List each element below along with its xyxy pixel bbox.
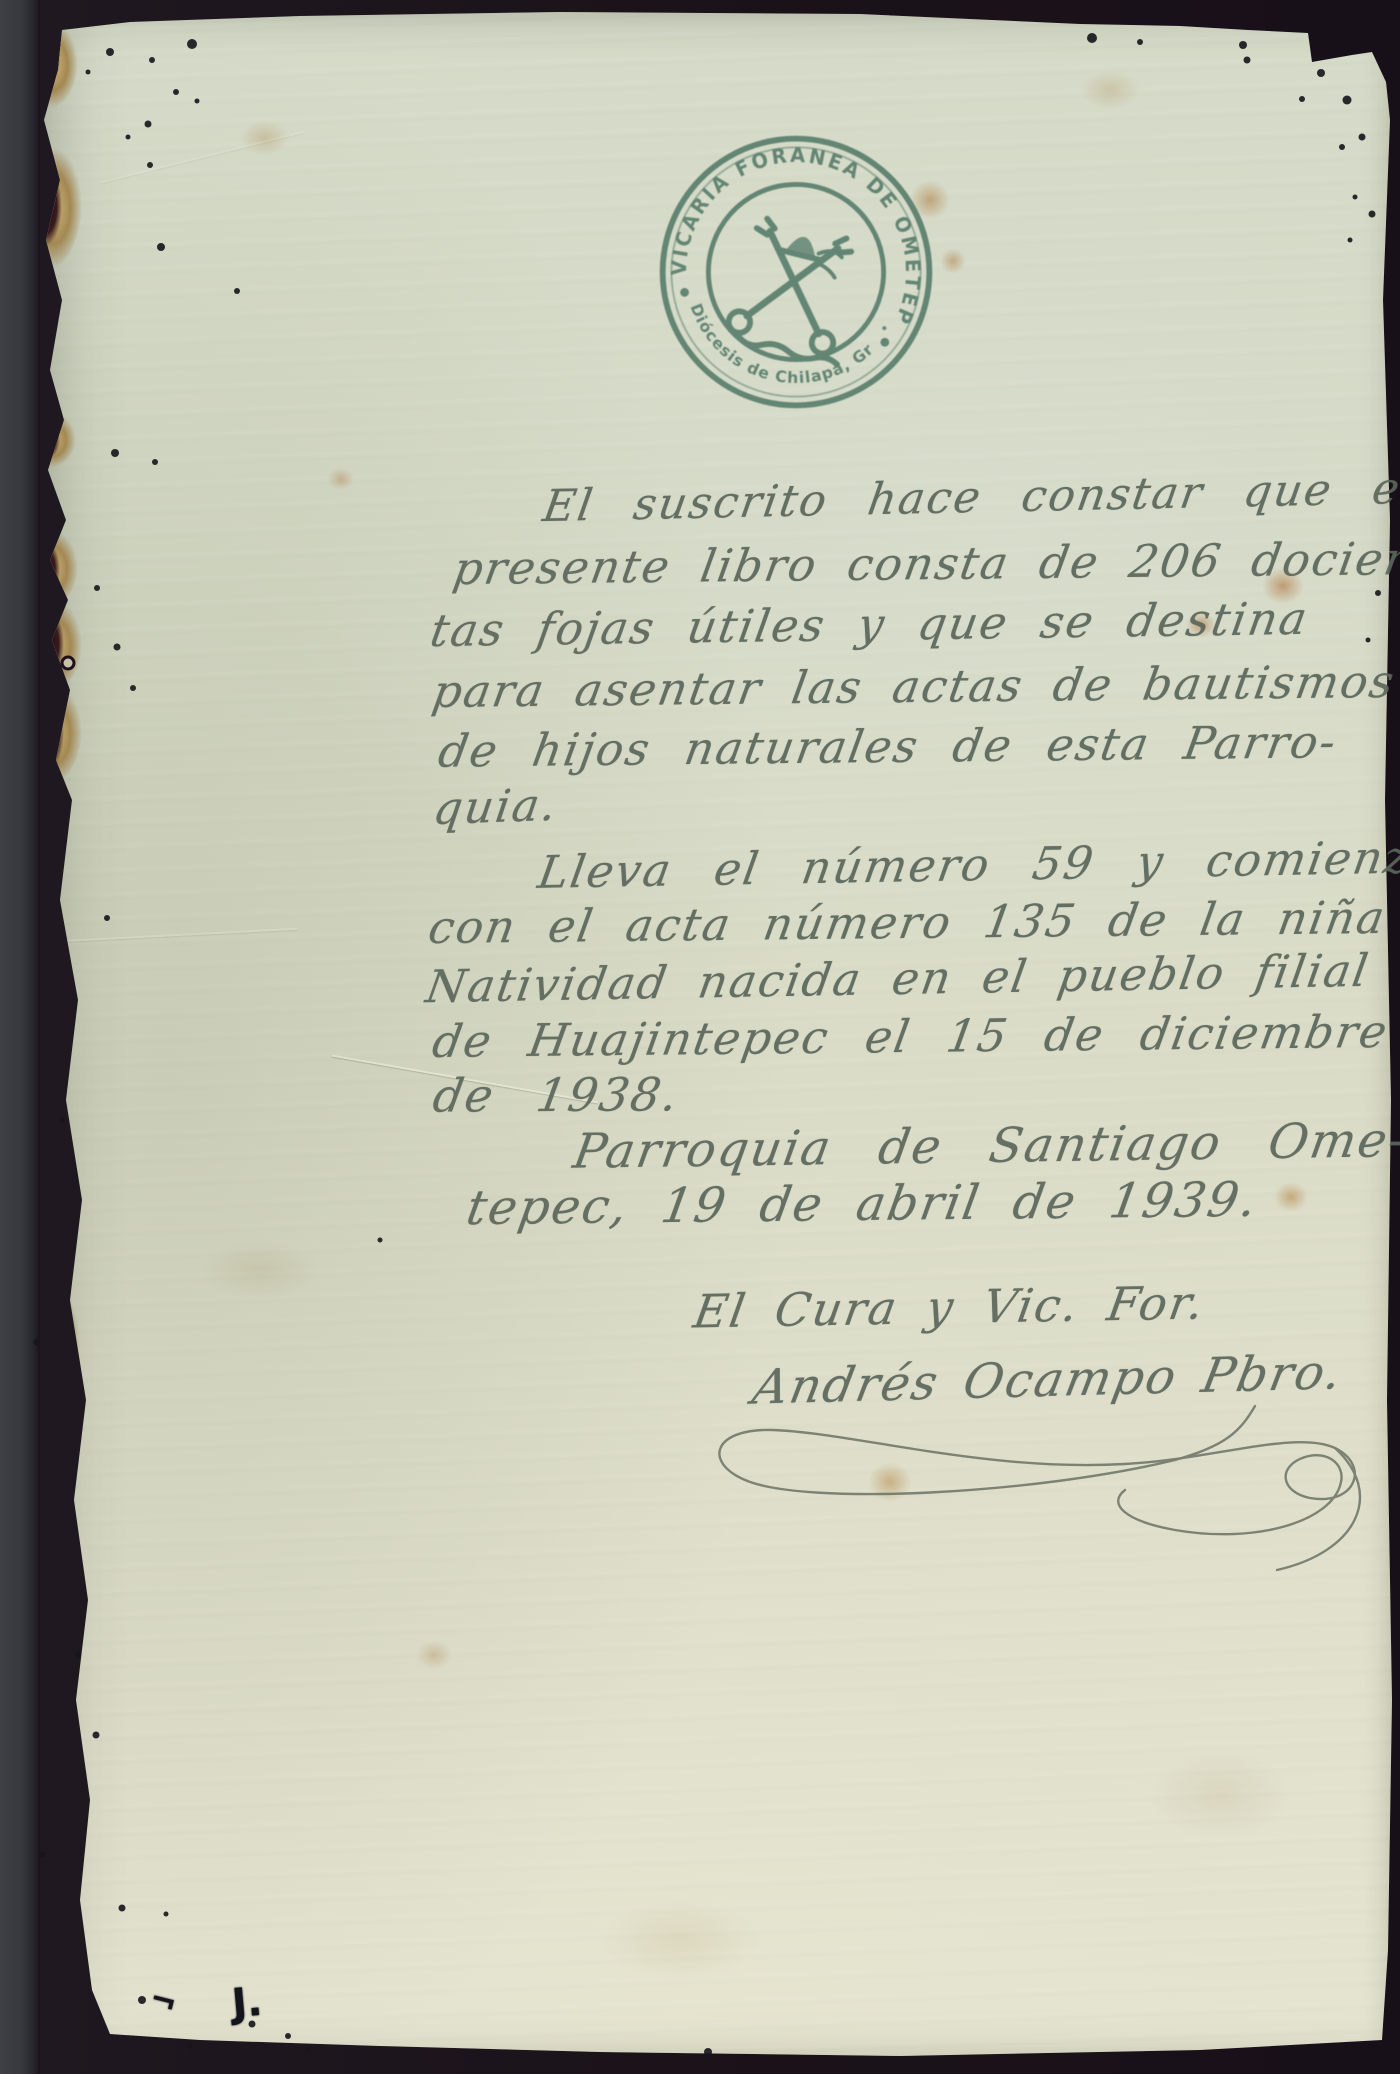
- handwritten-line: de hijos naturales de esta Parro-: [435, 715, 1342, 777]
- paper-crease: [101, 131, 305, 184]
- paper-crease: [58, 928, 298, 943]
- scanned-book-page: { "document_type": "Handwritten parish r…: [0, 0, 1400, 2074]
- handwritten-line: para asentar las actas de bautismos: [429, 655, 1400, 718]
- handwritten-line: de 1938.: [429, 1067, 683, 1122]
- handwritten-line: presente libro consta de 206 docien-: [450, 532, 1400, 595]
- handwritten-line: con el acta número 135 de la niña: [425, 891, 1390, 954]
- handwritten-dateline: tepec, 19 de abril de 1939.: [463, 1172, 1263, 1236]
- corner-ink-mark-right: J.: [230, 1979, 264, 2027]
- handwritten-dateline: Parroquia de Santiago Ome-: [569, 1112, 1400, 1180]
- book-gutter: [0, 0, 40, 2074]
- signoff-title: El Cura y Vic. For.: [690, 1276, 1209, 1339]
- handwritten-line: quia.: [430, 778, 562, 835]
- handwritten-line: de Huajintepec el 15 de diciembre: [429, 1005, 1393, 1068]
